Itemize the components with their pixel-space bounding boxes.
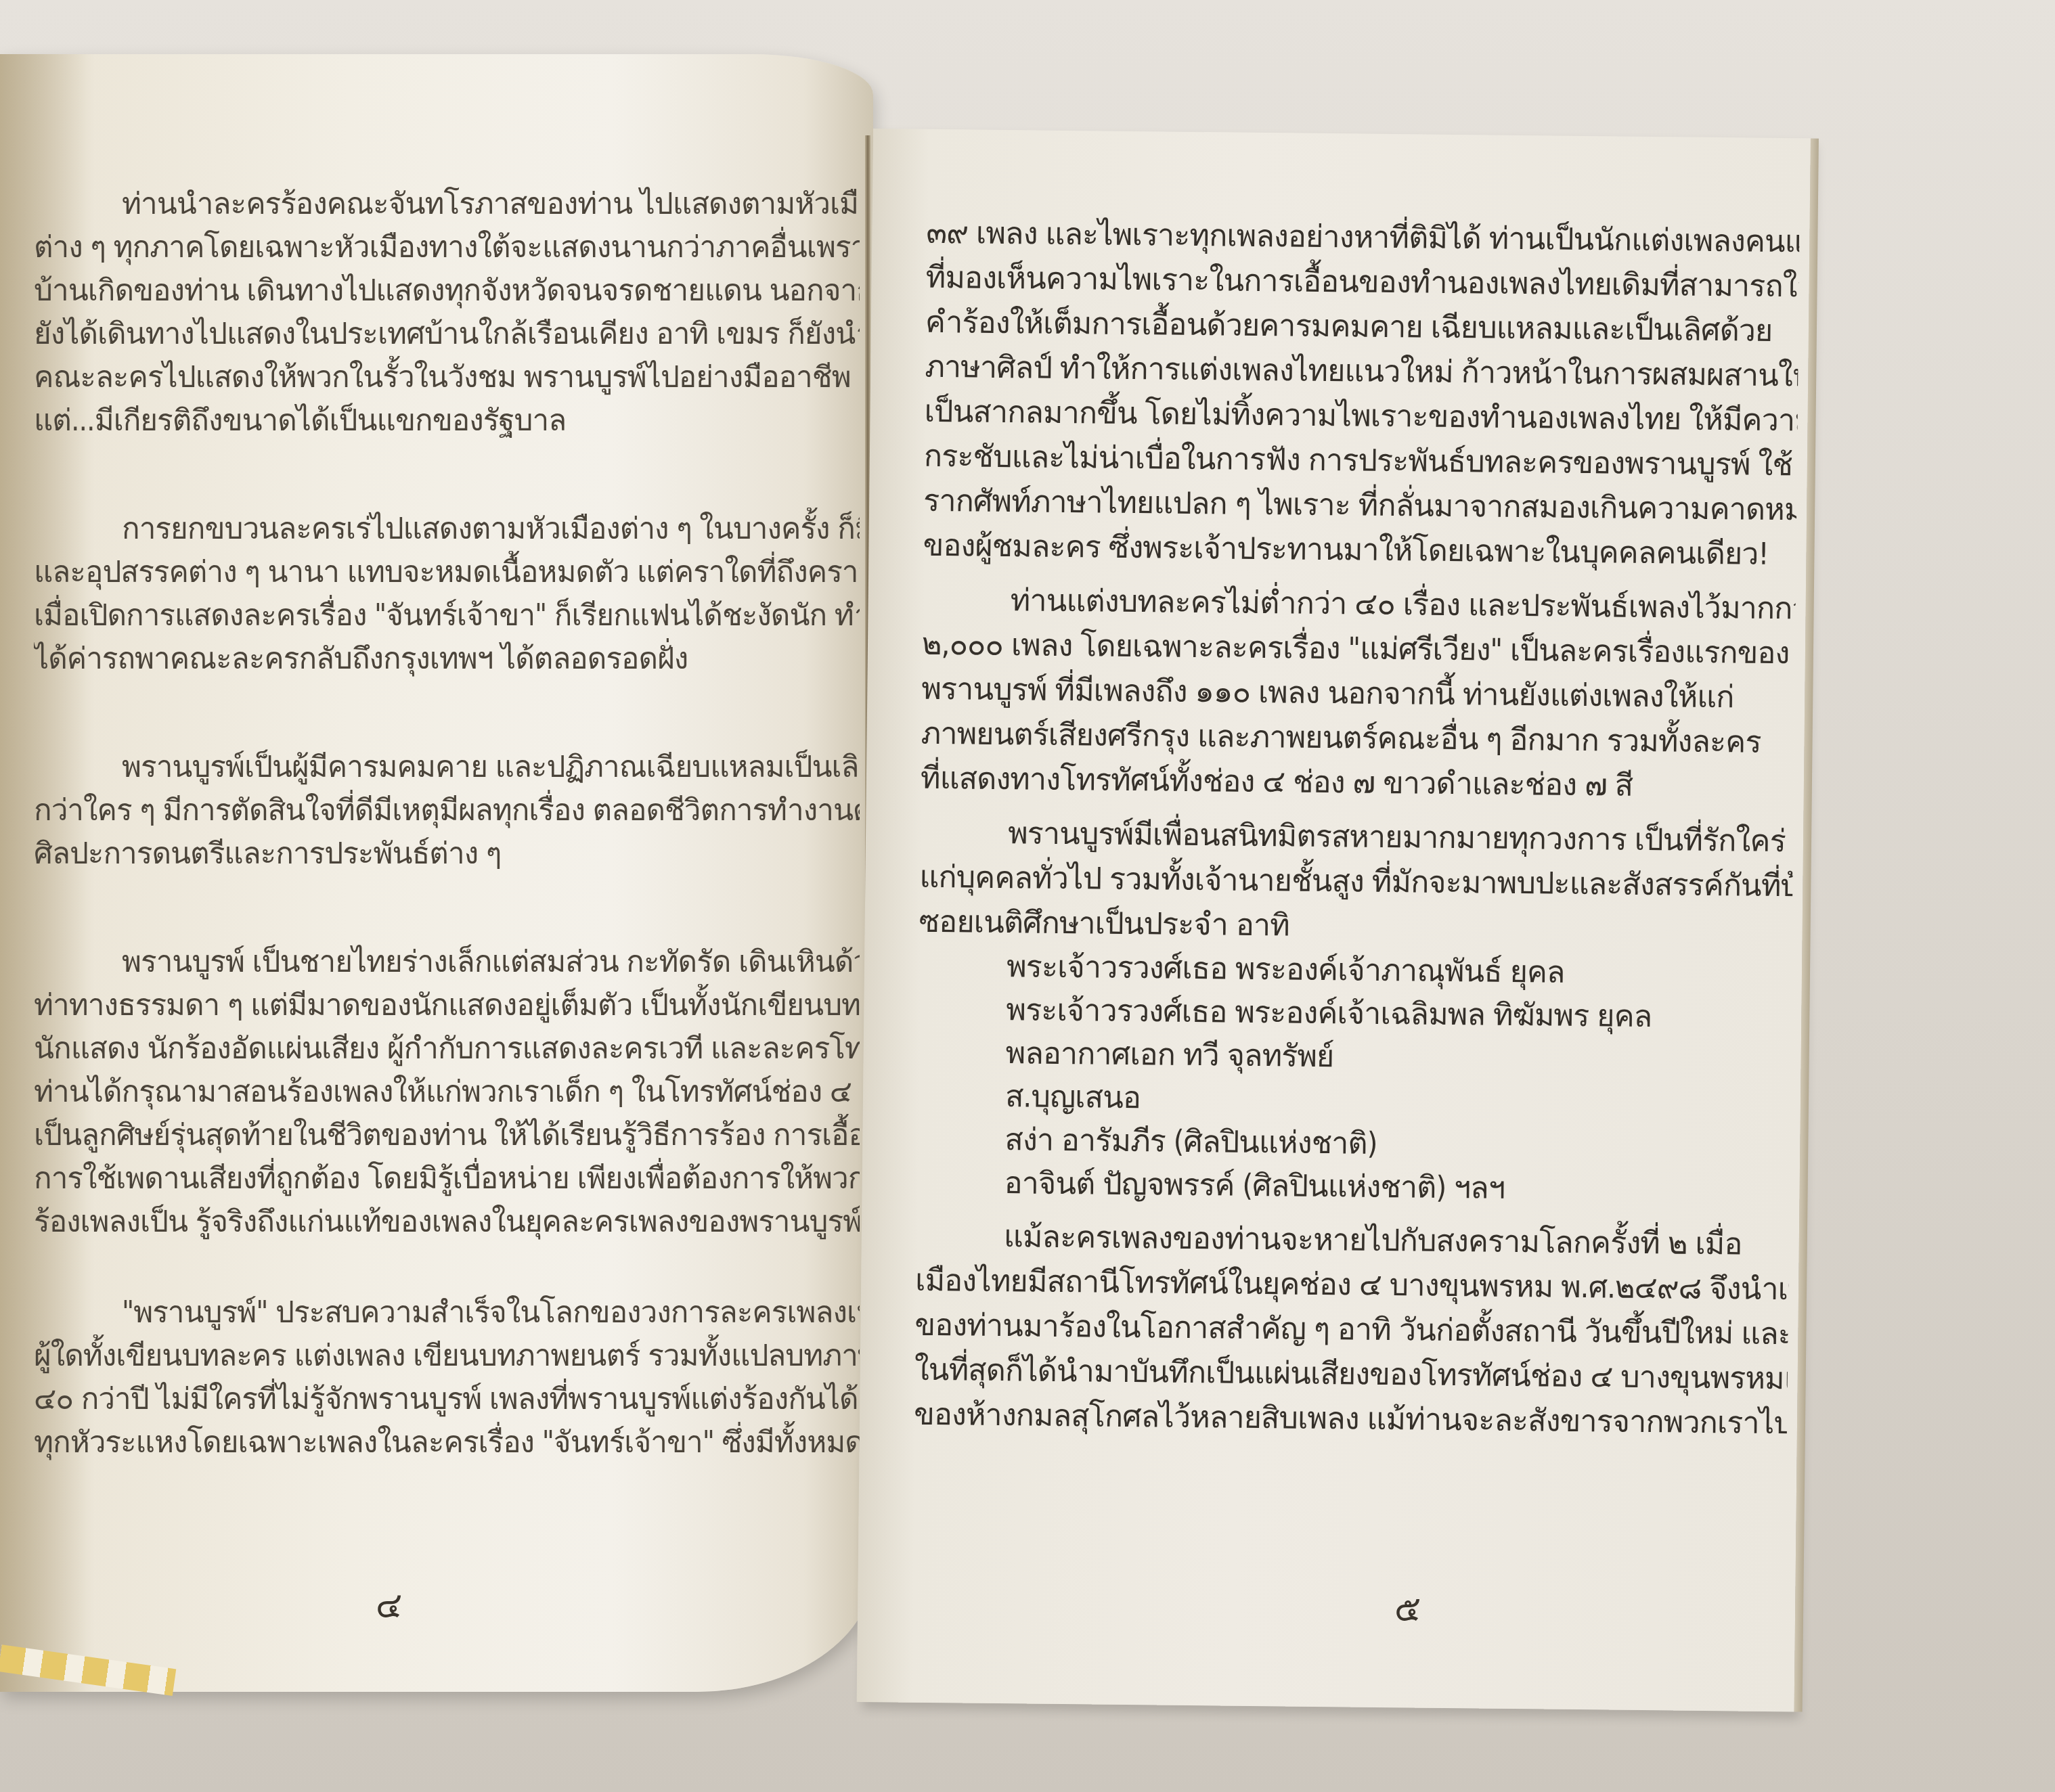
text-line: พรานบูรพ์เป็นผู้มีคารมคมคาย และปฏิภาณเฉี…: [34, 746, 860, 789]
left-paragraph-2: การยกขบวนละครเร่ไปแสดงตามหัวเมืองต่าง ๆ …: [34, 508, 860, 681]
text-line: พรานบูรพ์ เป็นชายไทยร่างเล็กแต่สมส่วน กะ…: [34, 941, 860, 984]
left-paragraph-3: พรานบูรพ์เป็นผู้มีคารมคมคาย และปฏิภาณเฉี…: [34, 746, 860, 876]
text-line: บ้านเกิดของท่าน เดินทางไปแสดงทุกจังหวัดจ…: [34, 269, 860, 313]
text-line: ของห้างกมลสุโกศลไว้หลายสิบเพลง แม้ท่านจะ…: [914, 1392, 1788, 1446]
text-line: ที่แสดงทางโทรทัศน์ทั้งช่อง ๔ ช่อง ๗ ขาวด…: [921, 756, 1794, 810]
text-line: กว่าใคร ๆ มีการตัดสินใจที่ดีมีเหตุมีผลทุ…: [34, 789, 860, 832]
text-line: ท่านนำละครร้องคณะจันทโรภาสของท่าน ไปแสดง…: [34, 183, 860, 226]
left-page-number: ๔: [376, 1577, 402, 1633]
right-paragraph-4: แม้ละครเพลงของท่านจะหายไปกับสงครามโลกครั…: [914, 1213, 1789, 1446]
open-book-photo: ท่านนำละครร้องคณะจันทโรภาสของท่าน ไปแสดง…: [0, 0, 2055, 1792]
text-line: แต่...มีเกียรติถึงขนาดได้เป็นแขกของรัฐบา…: [34, 399, 860, 443]
left-page-body: ท่านนำละครร้องคณะจันทโรภาสของท่าน ไปแสดง…: [34, 183, 860, 1529]
text-line: ต่าง ๆ ทุกภาคโดยเฉพาะหัวเมืองทางใต้จะแสด…: [34, 226, 860, 269]
text-line: เป็นลูกศิษย์รุ่นสุดท้ายในชีวิตของท่าน ให…: [34, 1114, 860, 1157]
text-line: ศิลปะการดนตรีและการประพันธ์ต่าง ๆ: [34, 832, 860, 876]
right-paragraph-1: ๓๙ เพลง และไพเราะทุกเพลงอย่างหาที่ติมิได…: [923, 210, 1799, 577]
right-page-number: ๕: [1394, 1580, 1421, 1636]
text-line: ผู้ใดทั้งเขียนบทละคร แต่งเพลง เขียนบทภาพ…: [34, 1335, 860, 1378]
text-line: ท่านได้กรุณามาสอนร้องเพลงให้แก่พวกเราเด็…: [34, 1071, 860, 1114]
friends-list-item: อาจินต์ ปัญจพรรค์ (ศิลปินแห่งชาติ) ฯลฯ: [916, 1161, 1790, 1213]
right-page-body: ๓๙ เพลง และไพเราะทุกเพลงอย่างหาที่ติมิได…: [914, 210, 1800, 1455]
text-line: และอุปสรรคต่าง ๆ นานา แทบจะหมดเนื้อหมดตั…: [34, 551, 860, 594]
text-line: ทุกหัวระแหงโดยเฉพาะเพลงในละครเรื่อง "จัน…: [34, 1421, 860, 1464]
friends-list: พระเจ้าวรวงศ์เธอ พระองค์เจ้าภาณุพันธ์ ยุ…: [916, 944, 1792, 1213]
left-page: ท่านนำละครร้องคณะจันทโรภาสของท่าน ไปแสดง…: [0, 54, 873, 1692]
text-line: ท่าทางธรรมดา ๆ แต่มีมาดของนักแสดงอยู่เต็…: [34, 984, 860, 1027]
text-line: เมื่อเปิดการแสดงละครเรื่อง "จันทร์เจ้าขา…: [34, 594, 860, 637]
text-line: ของผู้ชมละคร ซึ่งพระเจ้าประทานมาให้โดยเฉ…: [923, 523, 1796, 577]
right-paragraph-2: ท่านแต่งบทละครไม่ต่ำกว่า ๔๐ เรื่อง และปร…: [921, 577, 1796, 809]
text-line: ร้องเพลงเป็น รู้จริงถึงแก่นแท้ของเพลงในย…: [34, 1201, 860, 1244]
left-paragraph-4: พรานบูรพ์ เป็นชายไทยร่างเล็กแต่สมส่วน กะ…: [34, 941, 860, 1244]
text-line: ๔๐ กว่าปี ไม่มีใครที่ไม่รู้จักพรานบูรพ์ …: [34, 1378, 860, 1421]
text-line: การใช้เพดานเสียงที่ถูกต้อง โดยมิรู้เบื่อ…: [34, 1157, 860, 1201]
text-line: "พรานบูรพ์" ประสบความสำเร็จในโลกของวงการ…: [34, 1291, 860, 1335]
text-line: ได้ค่ารถพาคณะละครกลับถึงกรุงเทพฯ ได้ตลอด…: [34, 637, 860, 681]
right-page: ๓๙ เพลง และไพเราะทุกเพลงอย่างหาที่ติมิได…: [857, 129, 1811, 1711]
text-line: คณะละครไปแสดงให้พวกในรั้วในวังชม พรานบูร…: [34, 356, 860, 399]
text-line: นักแสดง นักร้องอัดแผ่นเสียง ผู้กำกับการแ…: [34, 1027, 860, 1071]
left-paragraph-5: "พรานบูรพ์" ประสบความสำเร็จในโลกของวงการ…: [34, 1291, 860, 1464]
left-paragraph-1: ท่านนำละครร้องคณะจันทโรภาสของท่าน ไปแสดง…: [34, 183, 860, 443]
text-line: ยังได้เดินทางไปแสดงในประเทศบ้านใกล้เรือน…: [34, 313, 860, 356]
text-line: การยกขบวนละครเร่ไปแสดงตามหัวเมืองต่าง ๆ …: [34, 508, 860, 551]
right-paragraph-3: พรานบูรพ์มีเพื่อนสนิทมิตรสหายมากมายทุกวง…: [916, 810, 1793, 1213]
